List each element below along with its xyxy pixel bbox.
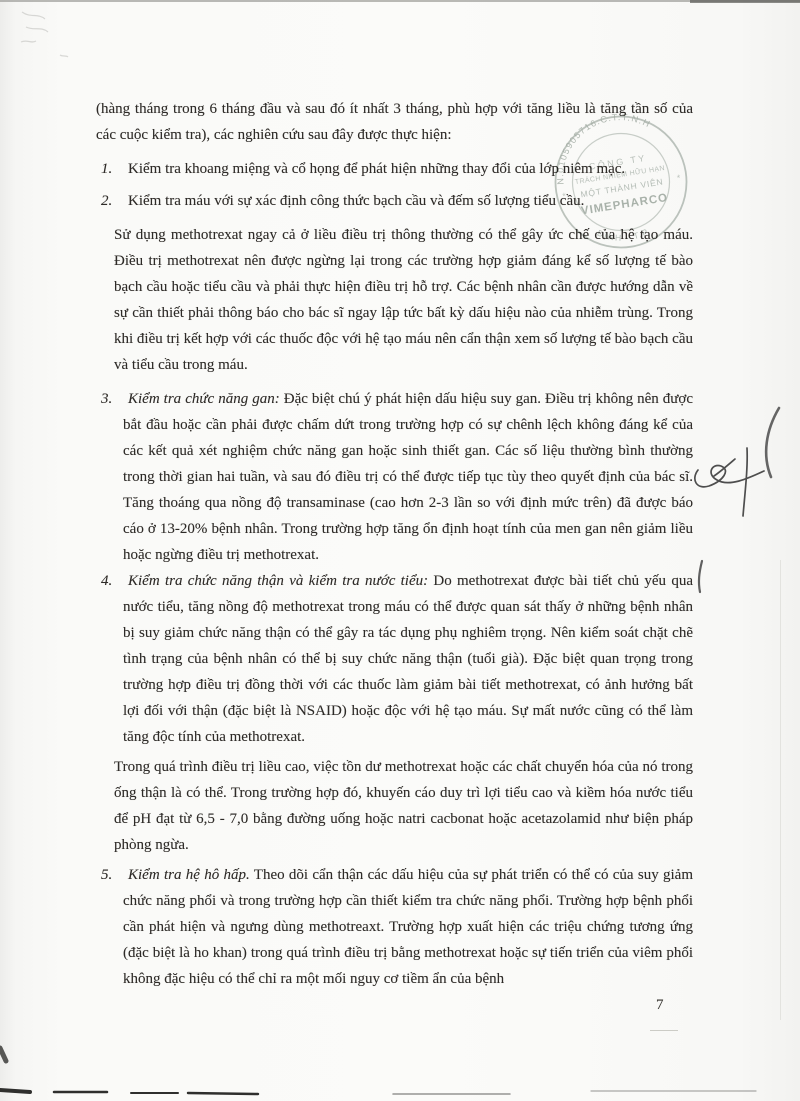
handwritten-tick-mark	[699, 561, 702, 592]
item-body: Kiểm tra máu với sự xác định công thức b…	[128, 193, 584, 209]
item-number: 1.	[101, 156, 112, 182]
list-item-2: 2.Kiểm tra máu với sự xác định công thức…	[96, 188, 693, 214]
paper-fold-shadow	[780, 560, 781, 1020]
paragraph-hematology: Sử dụng methotrexat ngay cả ở liều điều …	[114, 222, 693, 378]
list-item-1: 1.Kiểm tra khoang miệng và cổ họng để ph…	[96, 156, 693, 182]
item-lead: Kiểm tra hệ hô hấp.	[128, 867, 250, 883]
handwritten-signature-mark	[695, 448, 764, 516]
item-number: 4.	[101, 568, 112, 594]
document-body: (hàng tháng trong 6 tháng đầu và sau đó …	[96, 96, 693, 992]
handwritten-bracket-mark	[766, 408, 779, 477]
item-body: Theo dõi cẩn thận các dấu hiệu của sự ph…	[123, 867, 693, 987]
item-lead: Kiểm tra chức năng gan:	[128, 391, 280, 407]
item-number: 3.	[101, 386, 112, 412]
pencil-scribble	[21, 12, 68, 57]
scan-edge-bottom	[0, 1048, 756, 1094]
list-item-5: 5.Kiểm tra hệ hô hấp. Theo dõi cẩn thận …	[96, 862, 693, 992]
item-body: Kiểm tra khoang miệng và cổ họng để phát…	[128, 161, 625, 177]
item-body: Đặc biệt chú ý phát hiện dấu hiệu suy ga…	[123, 391, 693, 563]
item-lead: Kiểm tra chức năng thận và kiểm tra nước…	[128, 573, 428, 589]
item-number: 2.	[101, 188, 112, 214]
list-item-4: 4.Kiểm tra chức năng thận và kiểm tra nư…	[96, 568, 693, 750]
item-body: Do methotrexat được bài tiết chủ yếu qua…	[123, 573, 693, 745]
paragraph-high-dose: Trong quá trình điều trị liều cao, việc …	[114, 754, 693, 858]
item-number: 5.	[101, 862, 112, 888]
list-item-3: 3.Kiểm tra chức năng gan: Đặc biệt chú ý…	[96, 386, 693, 568]
intro-paragraph: (hàng tháng trong 6 tháng đầu và sau đó …	[96, 96, 693, 148]
scanned-document-page: { "page": { "number": "7", "paper_color"…	[0, 0, 800, 1101]
page-number: 7	[656, 997, 664, 1014]
page-number-underline	[650, 1030, 678, 1031]
